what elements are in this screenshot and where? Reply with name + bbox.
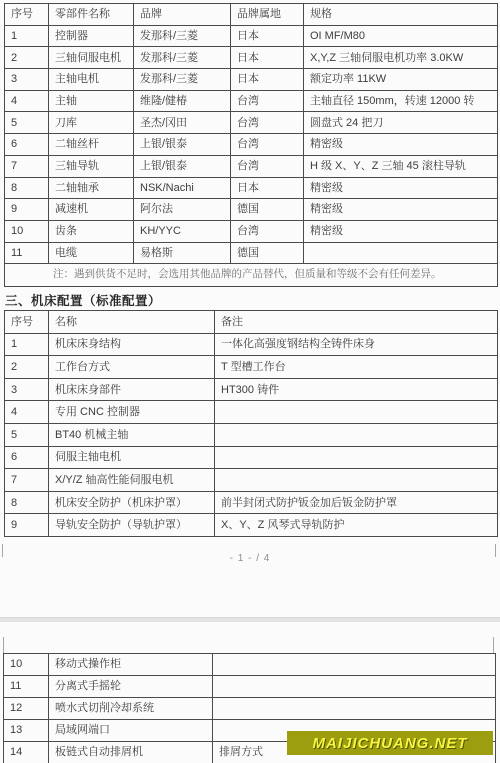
table-cell <box>215 401 498 424</box>
table-cell: 额定功率 11KW <box>304 69 498 91</box>
table-cell: 10 <box>4 654 49 676</box>
table-cell: 二轴丝杆 <box>49 134 134 156</box>
table-cell: 13 <box>4 720 49 742</box>
table-cell: 3 <box>5 69 49 91</box>
table-cell: 台湾 <box>231 155 304 177</box>
table-cell: 14 <box>4 742 49 763</box>
table-cell: 电缆 <box>49 242 134 264</box>
column-header: 品牌属地 <box>231 4 304 26</box>
table-cell: 1 <box>5 25 49 47</box>
table-cell: 9 <box>5 514 49 537</box>
table-cell: 发那科/三菱 <box>134 47 231 69</box>
table-cell: 移动式操作柜 <box>49 654 213 676</box>
table-cell: 齿条 <box>49 220 134 242</box>
watermark-text: MAIJICHUANG.NET <box>312 735 467 752</box>
table-cell: 局域网端口 <box>49 720 213 742</box>
column-header: 规格 <box>304 4 498 26</box>
table-cell: X/Y/Z 轴高性能伺服电机 <box>49 469 215 492</box>
table-cell: 精密级 <box>304 177 498 199</box>
table-cell: 圆盘式 24 把刀 <box>304 112 498 134</box>
table-cell: 台湾 <box>231 220 304 242</box>
table-cell: 刀库 <box>49 112 134 134</box>
table-cell <box>215 423 498 446</box>
table-row: 2工作台方式T 型槽工作台 <box>5 356 498 379</box>
table-cell: 台湾 <box>231 90 304 112</box>
table-cell: X,Y,Z 三轴伺服电机功率 3.0KW <box>304 47 498 69</box>
table-cell: 5 <box>5 423 49 446</box>
table-row: 6伺服主轴电机 <box>5 446 498 469</box>
column-header: 序号 <box>5 311 49 334</box>
table-cell: 主轴电机 <box>49 69 134 91</box>
table-cell: 一体化高强度钢结构全铸件床身 <box>215 333 498 356</box>
table-cell: 伺服主轴电机 <box>49 446 215 469</box>
table-cell: 7 <box>5 469 49 492</box>
table-row: 3机床床身部件HT300 铸件 <box>5 378 498 401</box>
table-cell: 2 <box>5 47 49 69</box>
table-cell: 精密级 <box>304 199 498 221</box>
table-cell: 分离式手摇轮 <box>49 676 213 698</box>
section-title: 三、机床配置（标准配置） <box>5 291 161 309</box>
table-row: 3主轴电机发那科/三菱日本额定功率 11KW <box>5 69 498 91</box>
table-cell: 8 <box>5 491 49 514</box>
table-cell: BT40 机械主轴 <box>49 423 215 446</box>
table-cell: 三轴导轨 <box>49 155 134 177</box>
table-row: 7三轴导轨上银/银泰台湾H 级 X、Y、Z 三轴 45 滚柱导轨 <box>5 155 498 177</box>
table-cell: 10 <box>5 220 49 242</box>
table-cell: 9 <box>5 199 49 221</box>
table-cell: 精密级 <box>304 134 498 156</box>
table-cell: 3 <box>5 378 49 401</box>
table-row: 5BT40 机械主轴 <box>5 423 498 446</box>
table-cell: 维隆/健椿 <box>134 90 231 112</box>
table-cell: 德国 <box>231 242 304 264</box>
table-row: 5刀库圣杰/冈田台湾圆盘式 24 把刀 <box>5 112 498 134</box>
table-cell: NSK/Nachi <box>134 177 231 199</box>
table-cell: 减速机 <box>49 199 134 221</box>
table-cell: 机床安全防护（机床护罩） <box>49 491 215 514</box>
table-cell: 6 <box>5 134 49 156</box>
table-cell: 机床床身结构 <box>49 333 215 356</box>
table-cell: OI MF/M80 <box>304 25 498 47</box>
parts-grid: 序号零部件名称品牌品牌属地规格1控制器发那科/三菱日本OI MF/M802三轴伺… <box>4 3 498 287</box>
table-cell: 工作台方式 <box>49 356 215 379</box>
page-separator <box>0 617 500 622</box>
table-cell: 台湾 <box>231 134 304 156</box>
table-cell: 三轴伺服电机 <box>49 47 134 69</box>
table-cell: 控制器 <box>49 25 134 47</box>
table-row: 7X/Y/Z 轴高性能伺服电机 <box>5 469 498 492</box>
table-row: 4主轴维隆/健椿台湾主轴直径 150mm，转速 12000 转 <box>5 90 498 112</box>
watermark-badge: MAIJICHUANG.NET <box>287 731 493 755</box>
table-row: 1机床床身结构一体化高强度钢结构全铸件床身 <box>5 333 498 356</box>
table-cell: 日本 <box>231 177 304 199</box>
table-cell: 11 <box>5 242 49 264</box>
page2-top-left-corner-mark <box>3 637 4 654</box>
table-cell: T 型槽工作台 <box>215 356 498 379</box>
table-row: 4专用 CNC 控制器 <box>5 401 498 424</box>
table-cell: 专用 CNC 控制器 <box>49 401 215 424</box>
config-grid: 序号名称备注1机床床身结构一体化高强度钢结构全铸件床身2工作台方式T 型槽工作台… <box>4 310 498 537</box>
table-cell: X、Y、Z 风琴式导轨防护 <box>215 514 498 537</box>
document-page: 序号零部件名称品牌品牌属地规格1控制器发那科/三菱日本OI MF/M802三轴伺… <box>0 0 500 763</box>
table-row: 8二轴轴承NSK/Nachi日本精密级 <box>5 177 498 199</box>
table-cell: 日本 <box>231 69 304 91</box>
column-header: 备注 <box>215 311 498 334</box>
table-row: 1控制器发那科/三菱日本OI MF/M80 <box>5 25 498 47</box>
column-header: 零部件名称 <box>49 4 134 26</box>
table-cell: 2 <box>5 356 49 379</box>
table-cell: 喷水式切削冷却系统 <box>49 698 213 720</box>
table-cell: 发那科/三菱 <box>134 25 231 47</box>
table-row: 11分离式手摇轮 <box>4 676 496 698</box>
table-cell: 7 <box>5 155 49 177</box>
table-cell: KH/YYC <box>134 220 231 242</box>
table-cell: HT300 铸件 <box>215 378 498 401</box>
table-cell: 圣杰/冈田 <box>134 112 231 134</box>
column-header: 名称 <box>49 311 215 334</box>
note-cell: 注：遇到供货不足时，会选用其他品牌的产品替代，但质量和等级不会有任何差异。 <box>5 264 498 287</box>
column-header: 序号 <box>5 4 49 26</box>
table-cell: 上银/银泰 <box>134 134 231 156</box>
table-cell <box>213 698 496 720</box>
table-cell: 主轴 <box>49 90 134 112</box>
table-cell: 日本 <box>231 25 304 47</box>
table-cell: 1 <box>5 333 49 356</box>
table-cell: 德国 <box>231 199 304 221</box>
table-cell: 主轴直径 150mm，转速 12000 转 <box>304 90 498 112</box>
table-row: 10齿条KH/YYC台湾精密级 <box>5 220 498 242</box>
table-cell: 二轴轴承 <box>49 177 134 199</box>
table-row: 12喷水式切削冷却系统 <box>4 698 496 720</box>
header-row: 序号名称备注 <box>5 311 498 334</box>
table-row: 10移动式操作柜 <box>4 654 496 676</box>
table-row: 11电缆易格斯德国 <box>5 242 498 264</box>
table-cell: 上银/银泰 <box>134 155 231 177</box>
note-row: 注：遇到供货不足时，会选用其他品牌的产品替代，但质量和等级不会有任何差异。 <box>5 264 498 287</box>
table-cell: 5 <box>5 112 49 134</box>
table-cell: 阿尔法 <box>134 199 231 221</box>
table-cell <box>213 654 496 676</box>
table-cell: 4 <box>5 90 49 112</box>
table-cell: 12 <box>4 698 49 720</box>
page-number: - 1 - / 4 <box>0 553 500 564</box>
table-cell: 6 <box>5 446 49 469</box>
table-cell: 发那科/三菱 <box>134 69 231 91</box>
table-cell: H 级 X、Y、Z 三轴 45 滚柱导轨 <box>304 155 498 177</box>
table-row: 9减速机阿尔法德国精密级 <box>5 199 498 221</box>
table-cell: 导轨安全防护（导轨护罩） <box>49 514 215 537</box>
table-cell: 前半封闭式防护钣金加后钣金防护罩 <box>215 491 498 514</box>
table-cell: 日本 <box>231 47 304 69</box>
table-cell <box>304 242 498 264</box>
header-row: 序号零部件名称品牌品牌属地规格 <box>5 4 498 26</box>
parts-table: 序号零部件名称品牌品牌属地规格1控制器发那科/三菱日本OI MF/M802三轴伺… <box>4 3 498 287</box>
table-cell: 8 <box>5 177 49 199</box>
table-row: 6二轴丝杆上银/银泰台湾精密级 <box>5 134 498 156</box>
table-cell: 4 <box>5 401 49 424</box>
config-table: 序号名称备注1机床床身结构一体化高强度钢结构全铸件床身2工作台方式T 型槽工作台… <box>4 310 498 537</box>
table-row: 9导轨安全防护（导轨护罩）X、Y、Z 风琴式导轨防护 <box>5 514 498 537</box>
table-cell <box>213 676 496 698</box>
column-header: 品牌 <box>134 4 231 26</box>
table-cell: 精密级 <box>304 220 498 242</box>
page2-top-right-corner-mark <box>493 637 494 654</box>
table-cell <box>215 469 498 492</box>
table-row: 2三轴伺服电机发那科/三菱日本X,Y,Z 三轴伺服电机功率 3.0KW <box>5 47 498 69</box>
table-cell: 易格斯 <box>134 242 231 264</box>
table-cell <box>215 446 498 469</box>
table-row: 8机床安全防护（机床护罩）前半封闭式防护钣金加后钣金防护罩 <box>5 491 498 514</box>
table-cell: 机床床身部件 <box>49 378 215 401</box>
table-cell: 板链式自动排屑机 <box>49 742 213 763</box>
table-cell: 台湾 <box>231 112 304 134</box>
table-cell: 11 <box>4 676 49 698</box>
